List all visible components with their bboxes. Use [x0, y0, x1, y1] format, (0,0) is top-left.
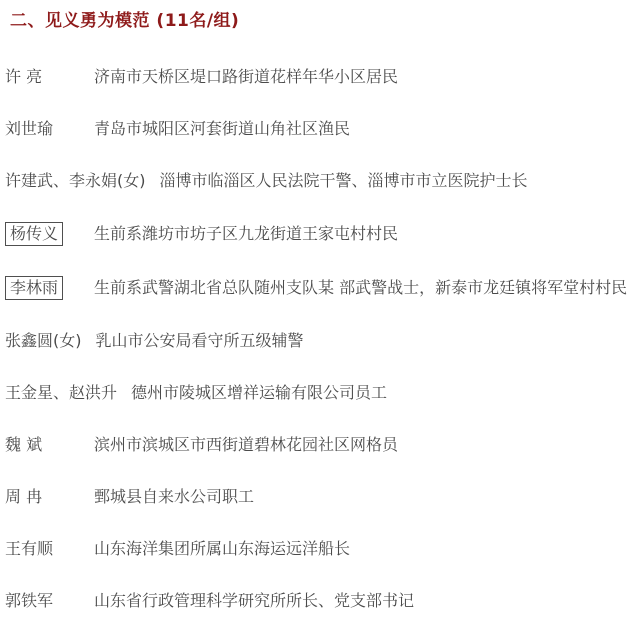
honoree-name-text: 许建武、李永娟(女)	[5, 171, 146, 190]
honoree-description: 生前系潍坊市坊子区九龙街道王家屯村村民	[94, 223, 398, 245]
honoree-name: 李林雨	[5, 276, 80, 300]
honoree-description: 济南市天桥区堤口路街道花样年华小区居民	[94, 66, 398, 88]
honoree-name-text: 刘世瑜	[5, 119, 53, 138]
honoree-name-text: 许 亮	[5, 67, 42, 86]
honoree-description: 生前系武警湖北省总队随州支队某 部武警战士，新泰市龙廷镇将军堂村村民	[94, 277, 627, 299]
list-item: 王金星、赵洪升 德州市陵城区增祥运输有限公司员工	[0, 382, 640, 404]
honoree-name: 许建武、李永娟(女)	[5, 170, 146, 192]
honoree-name-text: 郭铁军	[5, 591, 53, 610]
honoree-description: 山东省行政管理科学研究所所长、党支部书记	[94, 590, 414, 612]
honoree-name-text: 周 冉	[5, 487, 42, 506]
deceased-name-box: 李林雨	[5, 276, 63, 300]
list-item: 刘世瑜 青岛市城阳区河套街道山角社区渔民	[0, 118, 640, 140]
honoree-name: 王金星、赵洪升	[5, 382, 117, 404]
honoree-list: 许 亮 济南市天桥区堤口路街道花样年华小区居民 刘世瑜 青岛市城阳区河套街道山角…	[0, 66, 640, 612]
honoree-name: 周 冉	[5, 486, 80, 508]
honoree-name: 魏 斌	[5, 434, 80, 456]
list-item: 许建武、李永娟(女) 淄博市临淄区人民法院干警、淄博市市立医院护士长	[0, 170, 640, 192]
honoree-name-text: 王金星、赵洪升	[5, 383, 117, 402]
honoree-name-text: 王有顺	[5, 539, 53, 558]
honoree-name: 刘世瑜	[5, 118, 80, 140]
list-item: 郭铁军 山东省行政管理科学研究所所长、党支部书记	[0, 590, 640, 612]
list-item: 王有顺 山东海洋集团所属山东海运远洋船长	[0, 538, 640, 560]
list-item: 李林雨 生前系武警湖北省总队随州支队某 部武警战士，新泰市龙廷镇将军堂村村民	[0, 276, 640, 300]
honoree-name: 许 亮	[5, 66, 80, 88]
honoree-description: 乳山市公安局看守所五级辅警	[96, 330, 304, 352]
honoree-description: 德州市陵城区增祥运输有限公司员工	[131, 382, 387, 404]
honoree-description: 滨州市滨城区市西街道碧林花园社区网格员	[94, 434, 398, 456]
list-item: 魏 斌 滨州市滨城区市西街道碧林花园社区网格员	[0, 434, 640, 456]
list-item: 周 冉 鄄城县自来水公司职工	[0, 486, 640, 508]
honoree-name: 张鑫圆(女)	[5, 330, 82, 352]
honoree-name: 郭铁军	[5, 590, 80, 612]
honoree-name: 王有顺	[5, 538, 80, 560]
list-item: 杨传义 生前系潍坊市坊子区九龙街道王家屯村村民	[0, 222, 640, 246]
honoree-name-text: 张鑫圆(女)	[5, 331, 82, 350]
honoree-name-text: 魏 斌	[5, 435, 42, 454]
honoree-description: 淄博市临淄区人民法院干警、淄博市市立医院护士长	[160, 170, 528, 192]
honoree-description: 青岛市城阳区河套街道山角社区渔民	[94, 118, 350, 140]
honoree-description: 山东海洋集团所属山东海运远洋船长	[94, 538, 350, 560]
list-item: 张鑫圆(女) 乳山市公安局看守所五级辅警	[0, 330, 640, 352]
deceased-name-box: 杨传义	[5, 222, 63, 246]
list-item: 许 亮 济南市天桥区堤口路街道花样年华小区居民	[0, 66, 640, 88]
honoree-description: 鄄城县自来水公司职工	[94, 486, 254, 508]
section-heading: 二、见义勇为模范 (11名/组)	[10, 10, 640, 32]
document-page: 二、见义勇为模范 (11名/组) 许 亮 济南市天桥区堤口路街道花样年华小区居民…	[0, 0, 640, 612]
honoree-name: 杨传义	[5, 222, 80, 246]
